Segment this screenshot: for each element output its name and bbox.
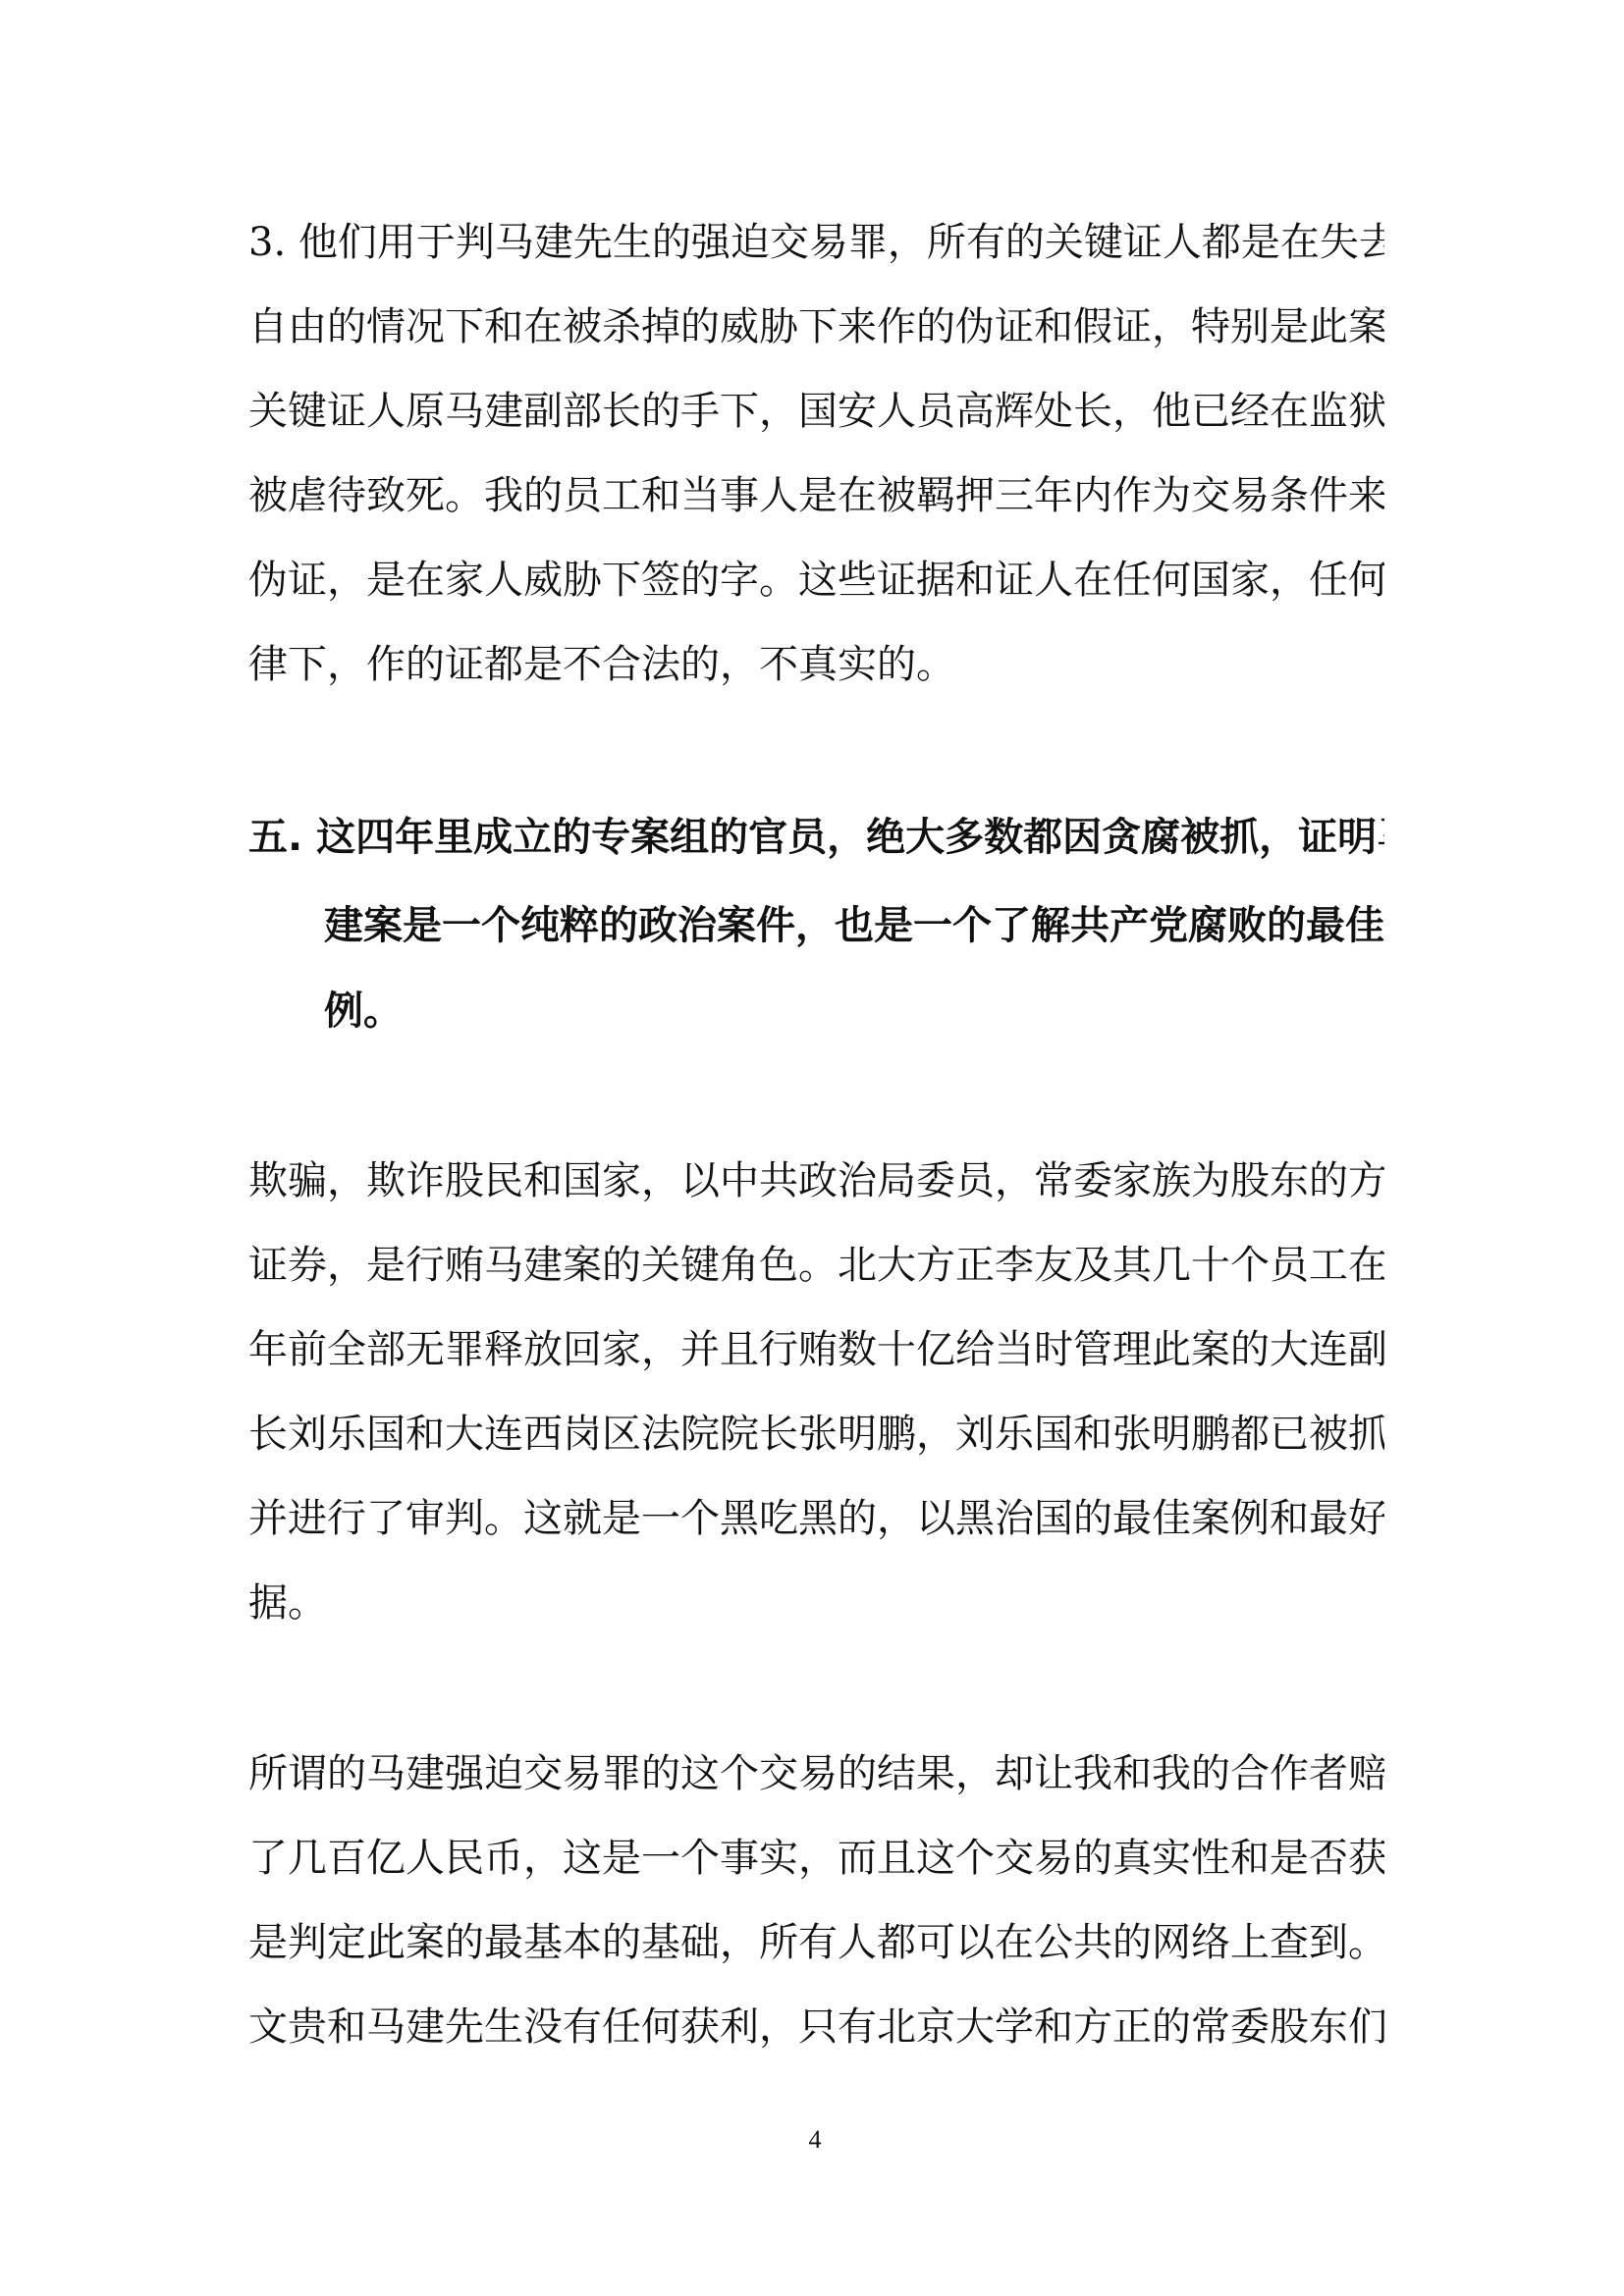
text-line: 文贵和马建先生没有任何获利，只有北京大学和方正的常委股东们是 bbox=[248, 1985, 1384, 2069]
heading-line: 五. 这四年里成立的专案组的官员，绝大多数都因贪腐被抓，证明马 bbox=[248, 795, 1384, 880]
text-line: 证券，是行贿马建案的关键角色。北大方正李友及其几十个员工在三 bbox=[248, 1223, 1384, 1308]
page-number: 4 bbox=[785, 2120, 844, 2160]
text-line: 欺骗，欺诈股民和国家，以中共政治局委员，常委家族为股东的方正 bbox=[248, 1139, 1384, 1223]
text-line: 并进行了审判。这就是一个黑吃黑的，以黑治国的最佳案例和最好证 bbox=[248, 1476, 1384, 1561]
text-line: 自由的情况下和在被杀掉的威胁下来作的伪证和假证，特别是此案的 bbox=[248, 285, 1384, 369]
text-line: 被虐待致死。我的员工和当事人是在被羁押三年内作为交易条件来作 bbox=[248, 454, 1384, 538]
heading-line: 建案是一个纯粹的政治案件，也是一个了解共产党腐败的最佳案 bbox=[324, 883, 1384, 968]
text-line: 据。 bbox=[248, 1561, 1384, 1645]
text-line: 长刘乐国和大连西岗区法院院长张明鹏，刘乐国和张明鹏都已被抓捕 bbox=[248, 1392, 1384, 1476]
text-line: 关键证人原马建副部长的手下，国安人员高辉处长，他已经在监狱里 bbox=[248, 369, 1384, 454]
heading-line: 例。 bbox=[324, 969, 1384, 1053]
text-line: 是判定此案的最基本的基础，所有人都可以在公共的网络上查到。郭 bbox=[248, 1900, 1384, 1985]
text-line: 了几百亿人民币，这是一个事实，而且这个交易的真实性和是否获利 bbox=[248, 1816, 1384, 1900]
text-line: 3. 他们用于判马建先生的强迫交易罪，所有的关键证人都是在失去 bbox=[248, 200, 1384, 285]
text-line: 伪证，是在家人威胁下签的字。这些证据和证人在任何国家，任何法 bbox=[248, 538, 1384, 622]
text-line: 所谓的马建强迫交易罪的这个交易的结果，却让我和我的合作者赔掉 bbox=[248, 1732, 1384, 1816]
text-line: 年前全部无罪释放回家，并且行贿数十亿给当时管理此案的大连副市 bbox=[248, 1308, 1384, 1392]
document-page: 3. 他们用于判马建先生的强迫交易罪，所有的关键证人都是在失去 自由的情况下和在… bbox=[0, 0, 1624, 2296]
text-line: 律下，作的证都是不合法的，不真实的。 bbox=[248, 622, 1384, 707]
